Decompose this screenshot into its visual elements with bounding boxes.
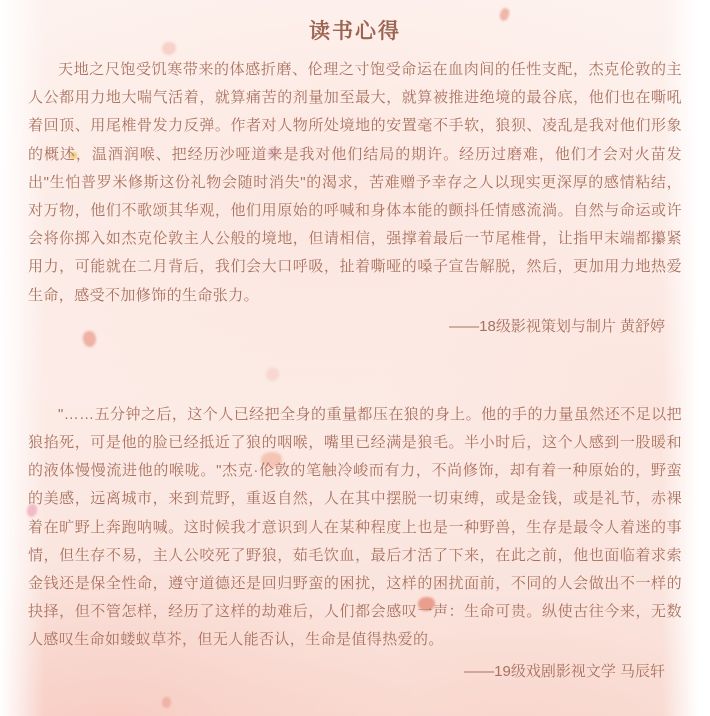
essay-2: "……五分钟之后，这个人已经把全身的重量都压在狼的身上。他的手的力量虽然还不足以… [0, 401, 710, 686]
petal-decoration [162, 697, 171, 708]
reading-notes-page: 读书心得 天地之尺饱受饥寒带来的体感折磨、伦理之寸饱受命运在血肉间的任性支配，杰… [0, 0, 710, 716]
essay-2-paragraph: "……五分钟之后，这个人已经把全身的重量都压在狼的身上。他的手的力量虽然还不足以… [28, 401, 682, 655]
essay-1-signature: ——18级影视策划与制片 黄舒婷 [28, 313, 665, 341]
page-title: 读书心得 [0, 0, 710, 45]
essay-2-signature: ——19级戏剧影视文学 马辰轩 [28, 658, 665, 686]
essay-1-paragraph: 天地之尺饱受饥寒带来的体感折磨、伦理之寸饱受命运在血肉间的任性支配，杰克伦敦的主… [28, 56, 682, 310]
petal-decoration [266, 368, 279, 381]
essay-1: 天地之尺饱受饥寒带来的体感折磨、伦理之寸饱受命运在血肉间的任性支配，杰克伦敦的主… [0, 56, 710, 341]
